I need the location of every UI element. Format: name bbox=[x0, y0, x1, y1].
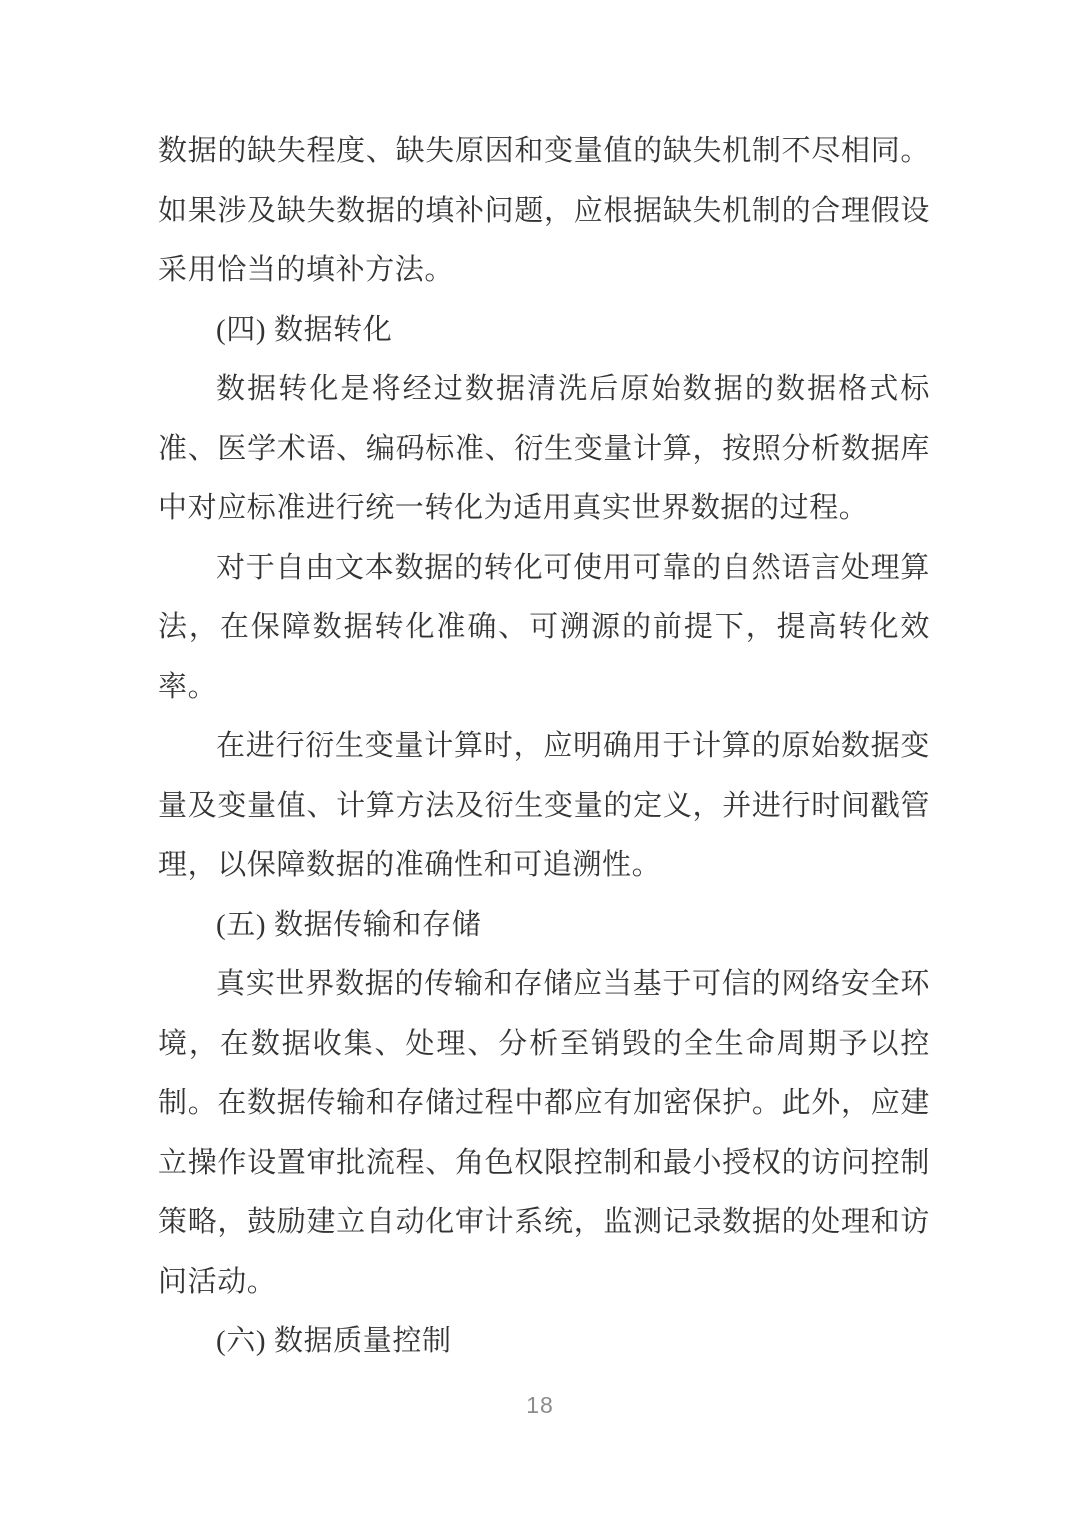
section-heading: (四) 数据转化 bbox=[158, 301, 930, 361]
document-page: 数据的缺失程度、缺失原因和变量值的缺失机制不尽相同。如果涉及缺失数据的填补问题，… bbox=[0, 0, 1080, 1527]
section-heading: (五) 数据传输和存储 bbox=[158, 896, 930, 956]
paragraph: 在进行衍生变量计算时，应明确用于计算的原始数据变量及变量值、计算方法及衍生变量的… bbox=[158, 717, 930, 896]
paragraph: 对于自由文本数据的转化可使用可靠的自然语言处理算法，在保障数据转化准确、可溯源的… bbox=[158, 539, 930, 718]
paragraph: 真实世界数据的传输和存储应当基于可信的网络安全环境，在数据收集、处理、分析至销毁… bbox=[158, 955, 930, 1312]
page-number: 18 bbox=[0, 1390, 1080, 1420]
document-body: 数据的缺失程度、缺失原因和变量值的缺失机制不尽相同。如果涉及缺失数据的填补问题，… bbox=[158, 122, 930, 1372]
section-heading: (六) 数据质量控制 bbox=[158, 1312, 930, 1372]
paragraph: 数据转化是将经过数据清洗后原始数据的数据格式标准、医学术语、编码标准、衍生变量计… bbox=[158, 360, 930, 539]
paragraph: 数据的缺失程度、缺失原因和变量值的缺失机制不尽相同。如果涉及缺失数据的填补问题，… bbox=[158, 122, 930, 301]
